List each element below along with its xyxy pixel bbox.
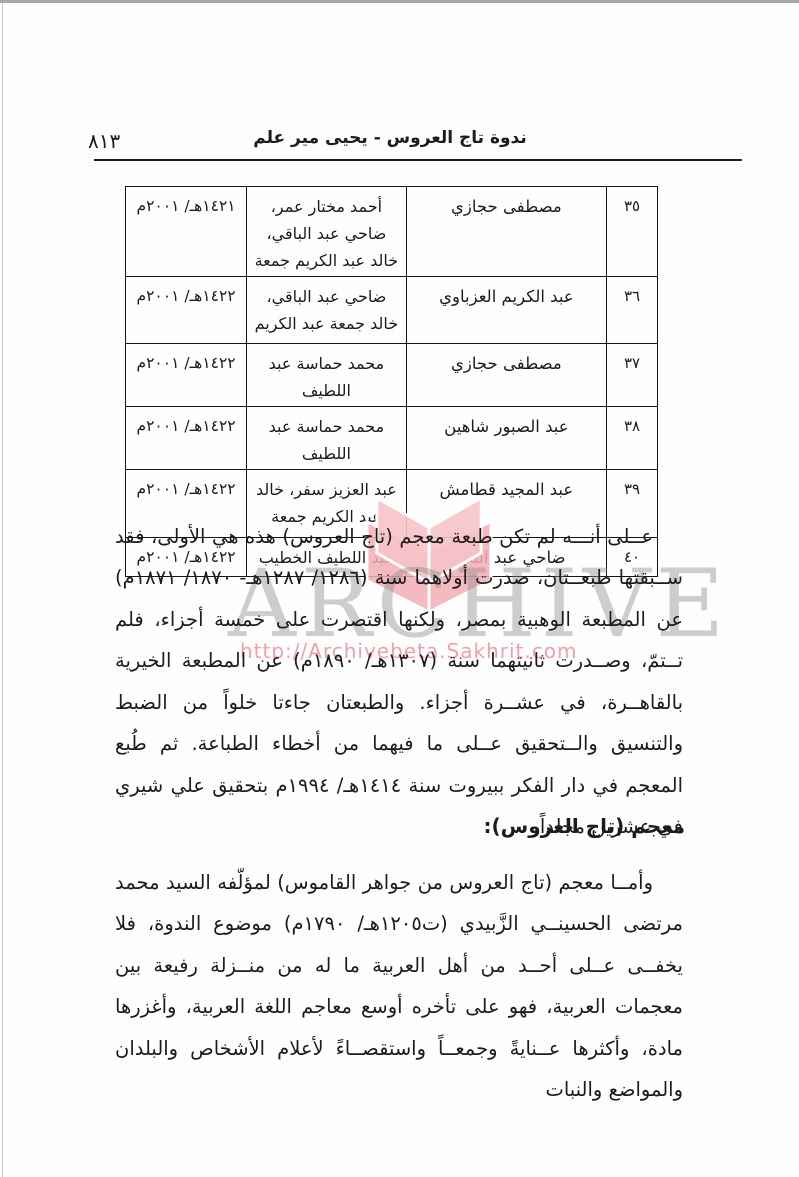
date-cell: ١٤٢١هـ/ ٢٠٠١م [126, 187, 247, 277]
row-number-cell: ٣٧ [607, 344, 658, 407]
scanned-document-page: ندوة تاج العروس - يحيى مير علم ٨١٣ ٣٥ مص… [0, 0, 799, 1177]
name-cell: مصطفى حجازي [406, 344, 606, 407]
name-cell: عبد الكريم العزباوي [406, 277, 606, 344]
date-cell: ١٤٢٢هـ/ ٢٠٠١م [126, 407, 247, 470]
date-cell: ١٤٢٢هـ/ ٢٠٠١م [126, 344, 247, 407]
row-number-cell: ٣٥ [607, 187, 658, 277]
paragraph-printing-history: عــلى أنـــه لم تكن طبعة معجم (تاج العرو… [115, 516, 683, 848]
page-number: ٨١٣ [88, 129, 120, 153]
header-rule [94, 159, 742, 161]
date-cell: ١٤٢٢هـ/ ٢٠٠١م [126, 277, 247, 344]
table-row: ٣٧ مصطفى حجازي محمد حماسة عبد اللطيف ١٤٢… [126, 344, 658, 407]
paragraph-dictionary-description: وأمــا معجم (تاج العروس من جواهر القاموس… [115, 862, 683, 1111]
editors-cell: أحمد مختار عمر، ضاحي عبد الباقي، خالد عب… [247, 187, 407, 277]
table-row: ٣٥ مصطفى حجازي أحمد مختار عمر، ضاحي عبد … [126, 187, 658, 277]
row-number-cell: ٣٦ [607, 277, 658, 344]
table-row: ٣٦ عبد الكريم العزباوي ضاحي عبد الباقي، … [126, 277, 658, 344]
name-cell: عبد الصبور شاهين [406, 407, 606, 470]
editors-cell: محمد حماسة عبد اللطيف [247, 407, 407, 470]
scan-left-edge-line [2, 3, 3, 1177]
editors-cell: ضاحي عبد الباقي، خالد جمعة عبد الكريم [247, 277, 407, 344]
row-number-cell: ٣٨ [607, 407, 658, 470]
section-heading-taj-alarus: معجم (تاج العروس): [483, 814, 685, 838]
editors-cell: محمد حماسة عبد اللطيف [247, 344, 407, 407]
name-cell: مصطفى حجازي [406, 187, 606, 277]
table-row: ٣٨ عبد الصبور شاهين محمد حماسة عبد اللطي… [126, 407, 658, 470]
scan-top-edge-line [0, 0, 799, 3]
